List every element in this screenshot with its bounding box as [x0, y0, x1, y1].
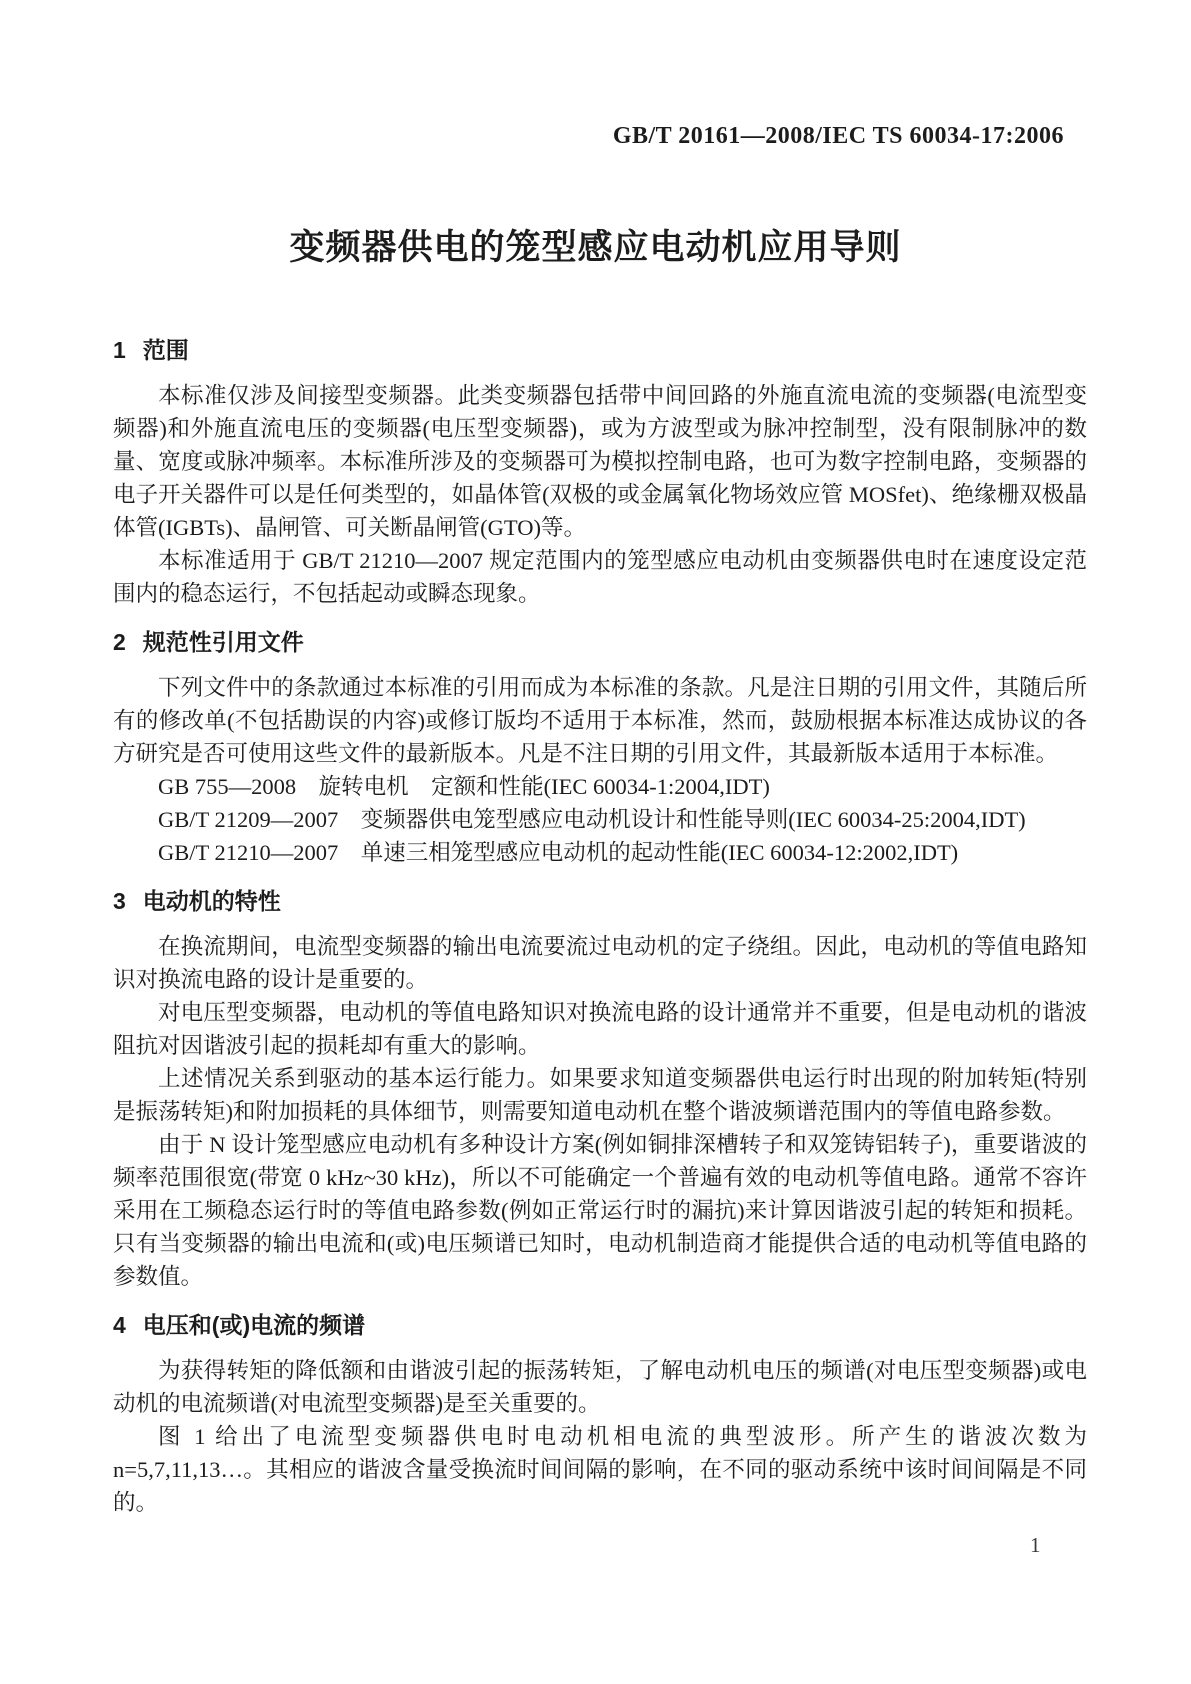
section-title: 范围 [143, 337, 189, 363]
reference-item: GB/T 21210—2007 单速三相笼型感应电动机的起动性能(IEC 600… [113, 836, 1087, 869]
document-title: 变频器供电的笼型感应电动机应用导则 [0, 220, 1191, 270]
paragraph: 图 1 给出了电流型变频器供电时电动机相电流的典型波形。所产生的谐波次数为 n=… [113, 1420, 1087, 1519]
section-scope: 1范围 本标准仅涉及间接型变频器。此类变频器包括带中间回路的外施直流电流的变频器… [113, 334, 1087, 610]
section-number: 4 [113, 1309, 126, 1342]
section-number: 2 [113, 626, 126, 659]
section-title: 规范性引用文件 [143, 629, 304, 655]
paragraph: 在换流期间，电流型变频器的输出电流要流过电动机的定子绕组。因此，电动机的等值电路… [113, 930, 1087, 996]
paragraph: 本标准仅涉及间接型变频器。此类变频器包括带中间回路的外施直流电流的变频器(电流型… [113, 379, 1087, 544]
section-voltage-current-spectrum: 4电压和(或)电流的频谱 为获得转矩的降低额和由谐波引起的振荡转矩，了解电动机电… [113, 1309, 1087, 1519]
standard-number-header: GB/T 20161—2008/IEC TS 60034-17:2006 [613, 123, 1064, 150]
section-title: 电动机的特性 [143, 888, 281, 914]
paragraph: 为获得转矩的降低额和由谐波引起的振荡转矩，了解电动机电压的频谱(对电压型变频器)… [113, 1354, 1087, 1420]
section-number: 3 [113, 885, 126, 918]
section-heading: 3电动机的特性 [113, 885, 1087, 918]
reference-item: GB 755—2008 旋转电机 定额和性能(IEC 60034-1:2004,… [113, 770, 1087, 803]
section-number: 1 [113, 334, 126, 367]
reference-item: GB/T 21209—2007 变频器供电笼型感应电动机设计和性能导则(IEC … [113, 803, 1087, 836]
section-title: 电压和(或)电流的频谱 [143, 1312, 365, 1338]
page: GB/T 20161—2008/IEC TS 60034-17:2006 变频器… [0, 0, 1191, 1684]
paragraph: 由于 N 设计笼型感应电动机有多种设计方案(例如铜排深槽转子和双笼铸铝转子)，重… [113, 1128, 1087, 1293]
page-number: 1 [1030, 1533, 1041, 1558]
paragraph: 本标准适用于 GB/T 21210—2007 规定范围内的笼型感应电动机由变频器… [113, 544, 1087, 610]
paragraph: 对电压型变频器，电动机的等值电路知识对换流电路的设计通常并不重要，但是电动机的谐… [113, 996, 1087, 1062]
section-normative-references: 2规范性引用文件 下列文件中的条款通过本标准的引用而成为本标准的条款。凡是注日期… [113, 626, 1087, 869]
document-page: { "page": { "header": "GB/T 20161—2008/I… [0, 0, 1191, 1684]
section-motor-characteristics: 3电动机的特性 在换流期间，电流型变频器的输出电流要流过电动机的定子绕组。因此，… [113, 885, 1087, 1293]
paragraph: 下列文件中的条款通过本标准的引用而成为本标准的条款。凡是注日期的引用文件，其随后… [113, 671, 1087, 770]
section-heading: 4电压和(或)电流的频谱 [113, 1309, 1087, 1342]
section-heading: 1范围 [113, 334, 1087, 367]
paragraph: 上述情况关系到驱动的基本运行能力。如果要求知道变频器供电运行时出现的附加转矩(特… [113, 1062, 1087, 1128]
section-heading: 2规范性引用文件 [113, 626, 1087, 659]
document-body: 1范围 本标准仅涉及间接型变频器。此类变频器包括带中间回路的外施直流电流的变频器… [113, 318, 1087, 1519]
